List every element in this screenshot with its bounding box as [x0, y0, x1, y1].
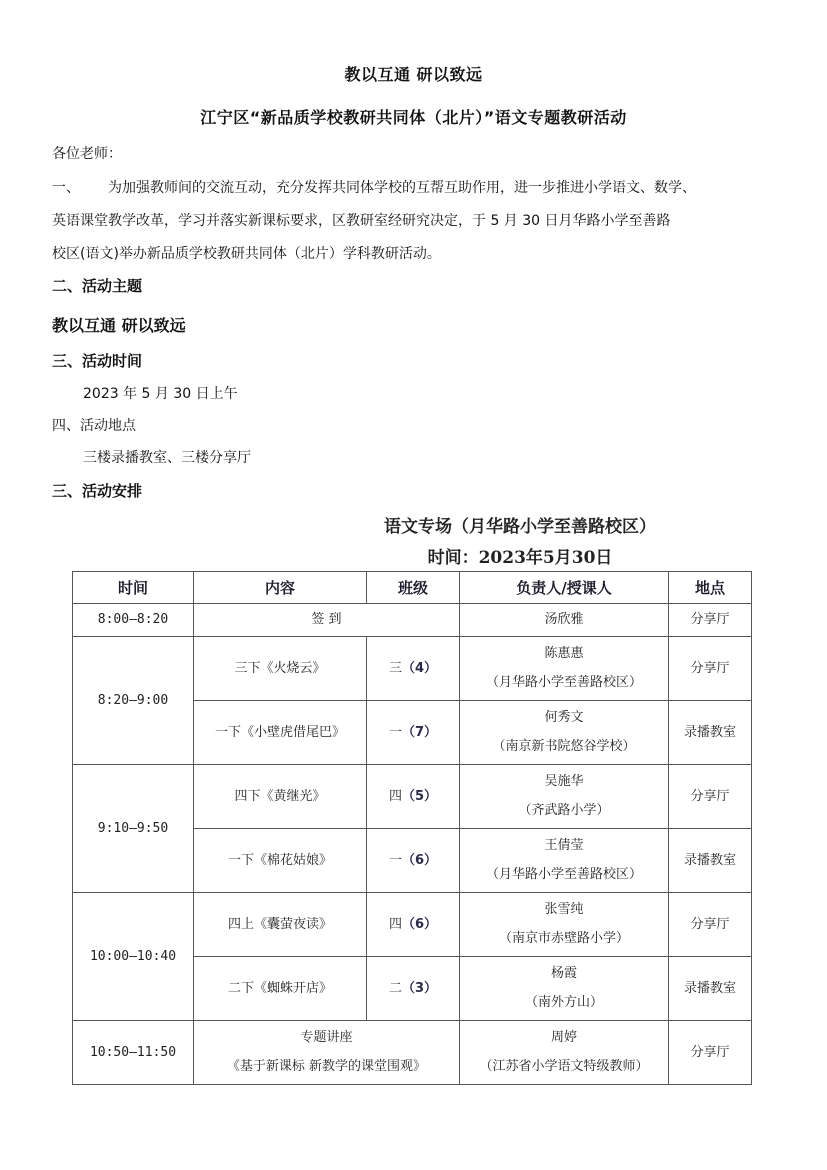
section5-heading: 三、活动安排 [52, 480, 142, 501]
column-header-class: 班级 [367, 572, 460, 604]
teacher-school: （月华路小学至善路校区） [460, 867, 668, 883]
lesson-grade: 四 [389, 789, 402, 804]
lesson-content: 一下《棉花姑娘》 [194, 829, 367, 893]
lesson-person: 王倩莹（月华路小学至善路校区） [460, 829, 669, 893]
checkin-location: 分享厅 [669, 604, 752, 637]
teacher-school: （月华路小学至善路校区） [460, 675, 668, 691]
lesson-location: 分享厅 [669, 765, 752, 829]
teacher-name: 吴施华 [460, 774, 668, 790]
section4-content: 三楼录播教室、三楼分享厅 [83, 447, 251, 467]
section1-line-2: 英语课堂教学改革，学习并落实新课标要求，区教研室经研究决定，于 5 月 30 日… [52, 210, 777, 230]
section2-content: 教以互通 研以致远 [52, 313, 186, 336]
section3-content: 2023 年 5 月 30 日上午 [83, 383, 238, 403]
lecture-topic: 《基于新课标 新教学的课堂围观》 [194, 1059, 459, 1075]
lesson-content: 三下《火烧云》 [194, 637, 367, 701]
lecture-title: 专题讲座 [194, 1030, 459, 1046]
lesson-person: 吴施华（齐武路小学） [460, 765, 669, 829]
teacher-school: （南京新书院悠谷学校） [460, 739, 668, 755]
lesson-content: 四上《囊萤夜读》 [194, 893, 367, 957]
column-header-person: 负责人/授课人 [460, 572, 669, 604]
column-header-time: 时间 [73, 572, 194, 604]
lesson-person: 陈惠惠（月华路小学至善路校区） [460, 637, 669, 701]
lesson-class: 四（5） [367, 765, 460, 829]
lesson-class-number: （3） [402, 981, 437, 996]
table-row: 8:20—9:00 三下《火烧云》 三（4） 陈惠惠（月华路小学至善路校区） 分… [73, 637, 752, 701]
block-time: 10:00—10:40 [73, 893, 194, 1021]
lesson-location: 分享厅 [669, 893, 752, 957]
lesson-class-number: （4） [402, 661, 437, 676]
column-header-location: 地点 [669, 572, 752, 604]
lesson-person: 杨霞（南外方山） [460, 957, 669, 1021]
lesson-class: 四（6） [367, 893, 460, 957]
section1-line-3: 校区(语文)举办新品质学校教研共同体（北片）学科教研活动。 [52, 243, 777, 263]
section1-text-1: 为加强教师间的交流互动，充分发挥共同体学校的互帮互助作用，进一步推进小学语文、数… [108, 180, 696, 196]
lesson-person: 张雪纯（南京市赤壁路小学） [460, 893, 669, 957]
lesson-grade: 二 [389, 981, 402, 996]
lesson-content: 二下《蜘蛛开店》 [194, 957, 367, 1021]
lesson-grade: 三 [389, 661, 402, 676]
table-row: 9:10—9:50 四下《黄继光》 四（5） 吴施华（齐武路小学） 分享厅 [73, 765, 752, 829]
lesson-location: 录播教室 [669, 829, 752, 893]
lecture-location: 分享厅 [669, 1021, 752, 1085]
lesson-class-number: （7） [402, 725, 437, 740]
lesson-grade: 一 [389, 853, 402, 868]
section1-line-1: 一、为加强教师间的交流互动，充分发挥共同体学校的互帮互助作用，进一步推进小学语文… [52, 177, 777, 197]
lesson-location: 分享厅 [669, 637, 752, 701]
checkin-time: 8:00—8:20 [73, 604, 194, 637]
block-time: 9:10—9:50 [73, 765, 194, 893]
teacher-school: （南京市赤壁路小学） [460, 931, 668, 947]
section2-heading: 二、活动主题 [52, 275, 142, 296]
table-row: 10:00—10:40 四上《囊萤夜读》 四（6） 张雪纯（南京市赤壁路小学） … [73, 893, 752, 957]
schedule-title: 语文专场（月华路小学至善路校区） [340, 512, 700, 537]
lesson-class-number: （6） [402, 917, 437, 932]
lecturer-role: （江苏省小学语文特级教师） [460, 1059, 668, 1075]
greeting: 各位老师： [52, 143, 122, 163]
document-title: 教以互通 研以致远 [0, 62, 827, 85]
lesson-grade: 一 [389, 725, 402, 740]
lesson-class-number: （6） [402, 853, 437, 868]
teacher-name: 杨霞 [460, 966, 668, 982]
teacher-school: （南外方山） [460, 995, 668, 1011]
block-time: 8:20—9:00 [73, 637, 194, 765]
column-header-content: 内容 [194, 572, 367, 604]
table-row-checkin: 8:00—8:20 签 到 汤欣雅 分享厅 [73, 604, 752, 637]
lesson-content: 四下《黄继光》 [194, 765, 367, 829]
lesson-class: 一（7） [367, 701, 460, 765]
lesson-person: 何秀文（南京新书院悠谷学校） [460, 701, 669, 765]
section4-heading: 四、活动地点 [52, 415, 136, 435]
lesson-content: 一下《小壁虎借尾巴》 [194, 701, 367, 765]
lesson-class: 二（3） [367, 957, 460, 1021]
lesson-location: 录播教室 [669, 957, 752, 1021]
teacher-name: 王倩莹 [460, 838, 668, 854]
lecture-content: 专题讲座《基于新课标 新教学的课堂围观》 [194, 1021, 460, 1085]
lesson-class: 一（6） [367, 829, 460, 893]
lecturer-name: 周婷 [460, 1030, 668, 1046]
lecture-person: 周婷（江苏省小学语文特级教师） [460, 1021, 669, 1085]
section1-marker: 一、 [52, 180, 80, 196]
lesson-location: 录播教室 [669, 701, 752, 765]
teacher-name: 陈惠惠 [460, 646, 668, 662]
teacher-name: 何秀文 [460, 710, 668, 726]
table-row-lecture: 10:50—11:50 专题讲座《基于新课标 新教学的课堂围观》 周婷（江苏省小… [73, 1021, 752, 1085]
section3-heading: 三、活动时间 [52, 350, 142, 371]
schedule-date: 时间：2023年5月30日 [340, 543, 700, 568]
lesson-grade: 四 [389, 917, 402, 932]
checkin-person: 汤欣雅 [460, 604, 669, 637]
teacher-name: 张雪纯 [460, 902, 668, 918]
document-subtitle: 江宁区“新品质学校教研共同体（北片）”语文专题教研活动 [0, 105, 827, 128]
lesson-class: 三（4） [367, 637, 460, 701]
table-header-row: 时间 内容 班级 负责人/授课人 地点 [73, 572, 752, 604]
schedule-table: 时间 内容 班级 负责人/授课人 地点 8:00—8:20 签 到 汤欣雅 分享… [72, 571, 752, 1085]
checkin-content: 签 到 [194, 604, 460, 637]
lesson-class-number: （5） [402, 789, 437, 804]
lecture-time: 10:50—11:50 [73, 1021, 194, 1085]
teacher-school: （齐武路小学） [460, 803, 668, 819]
